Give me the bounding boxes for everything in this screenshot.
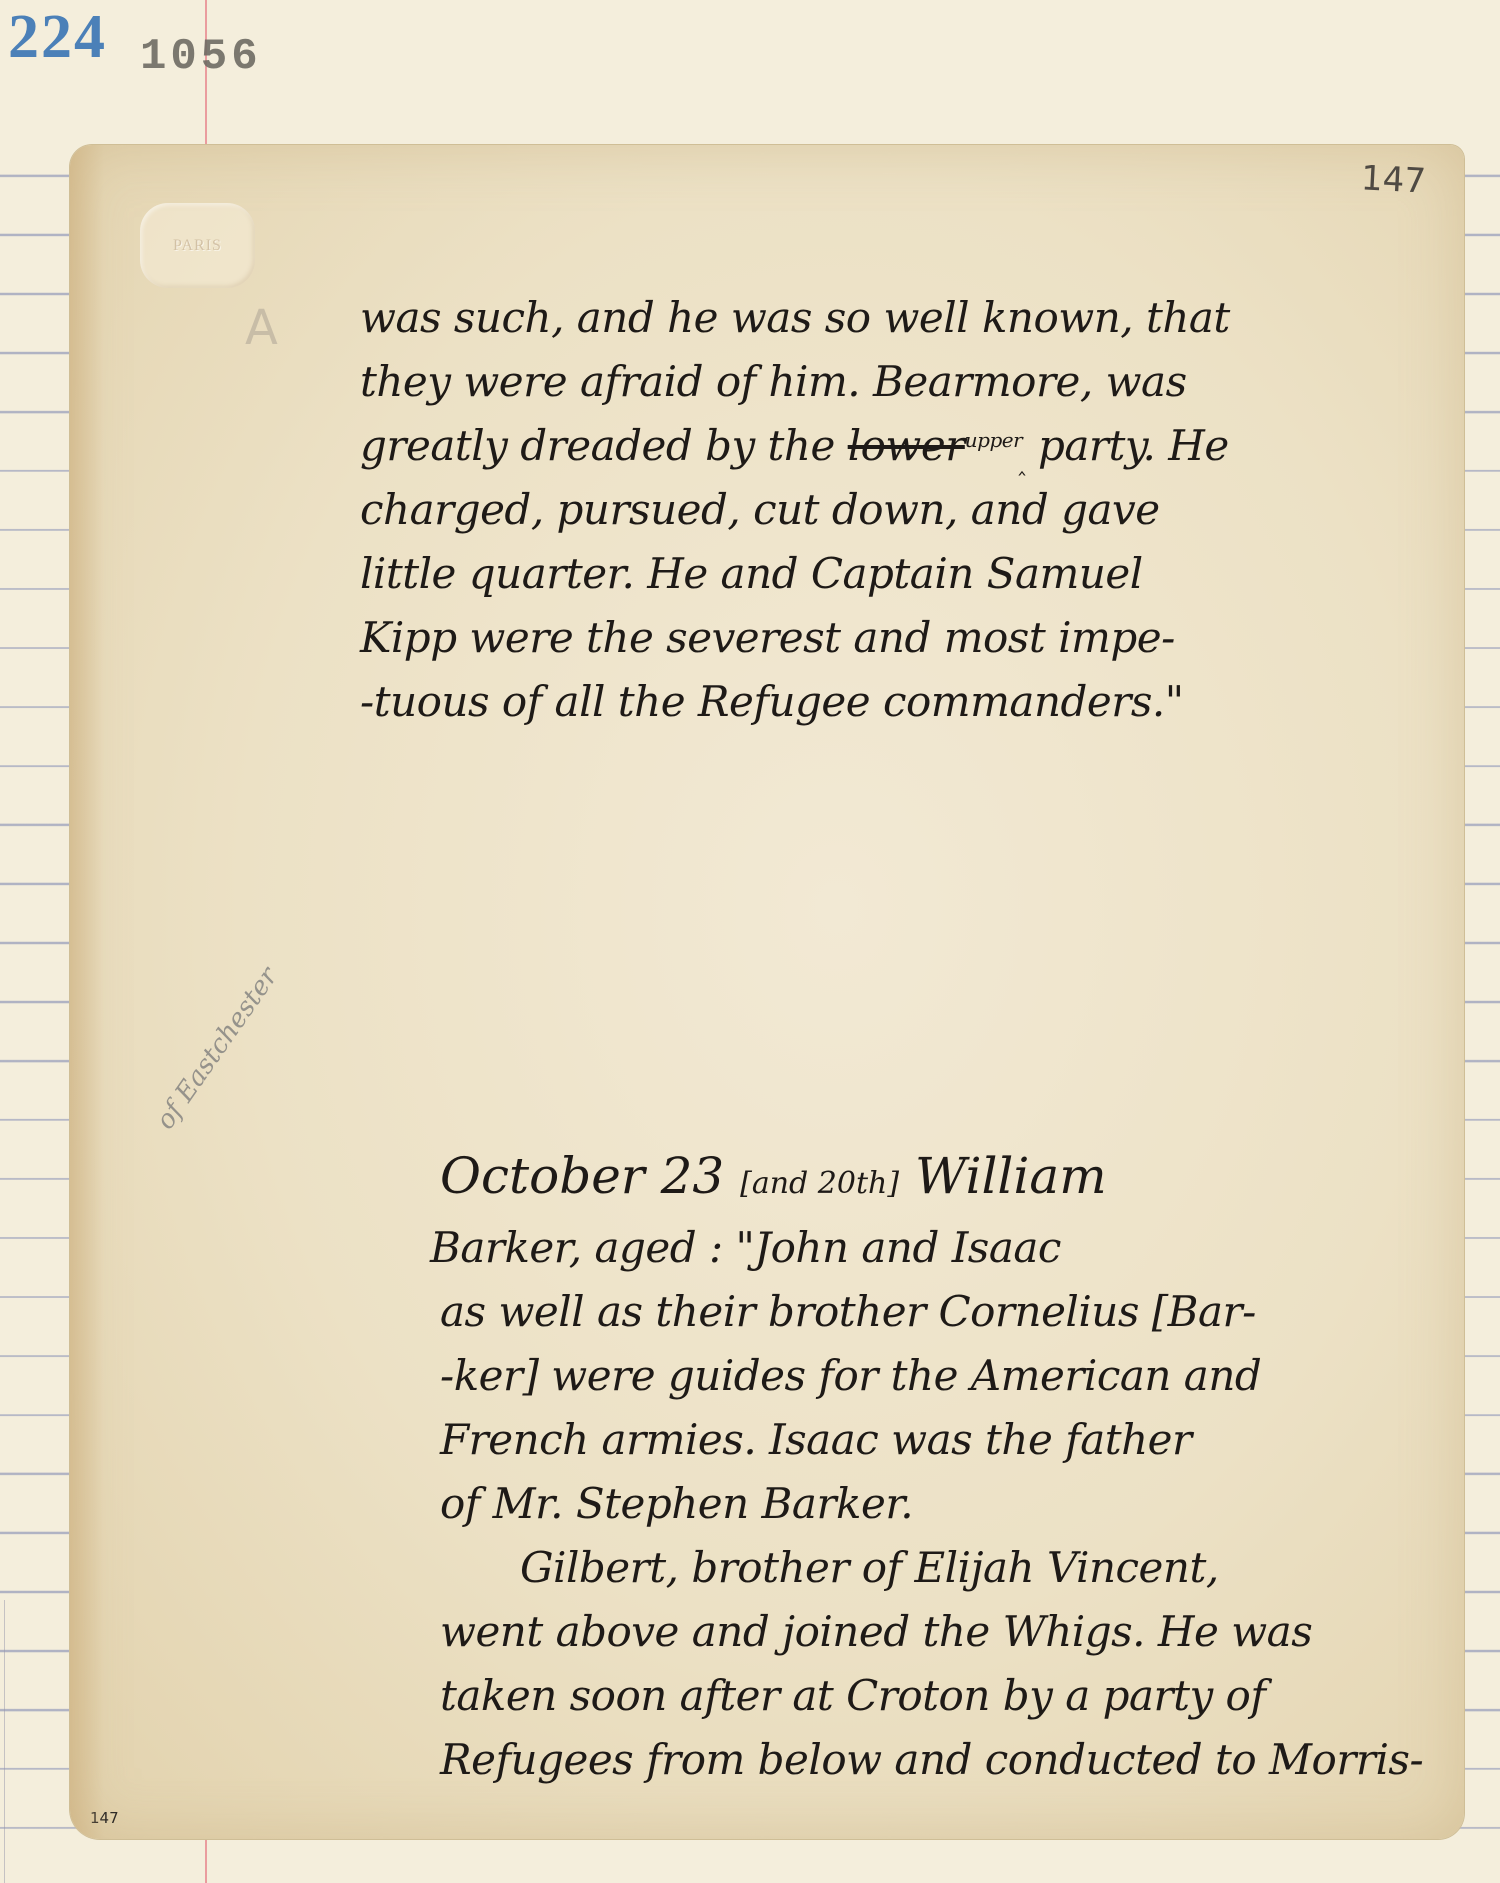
handwritten-line: -ker] were guides for the American and — [440, 1344, 1440, 1408]
handwritten-line: as well as their brother Cornelius [Bar- — [440, 1280, 1440, 1344]
archive-stamp-gray: 1056 — [140, 32, 262, 82]
handwritten-line: Refugees from below and conducted to Mor… — [440, 1728, 1440, 1792]
handwritten-line-with-correction: greatly dreaded by the lowerupper‸ party… — [360, 414, 1360, 478]
passage-1: was such, and he was so well known, that… — [360, 286, 1360, 734]
pencil-mark-a: A — [245, 300, 278, 356]
handwritten-line: they were afraid of him. Bearmore, was — [360, 350, 1360, 414]
handwritten-line: was such, and he was so well known, that — [360, 286, 1360, 350]
passage-2: Barker, aged : "John and Isaac as well a… — [440, 1216, 1440, 1792]
folio-number-bottom: 147 — [90, 1809, 119, 1827]
handwritten-line: Barker, aged : "John and Isaac — [430, 1216, 1440, 1280]
handwritten-line: taken soon after at Croton by a party of — [440, 1664, 1440, 1728]
date-bracket-note: [and 20th] — [740, 1166, 899, 1201]
emboss-label: PARIS — [173, 237, 222, 255]
paris-emboss-stamp: PARIS — [140, 203, 255, 288]
insertion-caret-icon: ‸ — [1018, 451, 1025, 476]
left-edge-rule — [4, 1600, 5, 1883]
handwritten-line: charged, pursued, cut down, and gave — [360, 478, 1360, 542]
archive-stamp-blue: 224 — [8, 2, 107, 73]
handwritten-line-paragraph-start: Gilbert, brother of Elijah Vincent, — [440, 1536, 1440, 1600]
passage-2-heading: October 23 [and 20th] William — [440, 1140, 1440, 1212]
line-end: party. He — [1025, 421, 1229, 470]
inserted-word: upper — [965, 428, 1022, 452]
handwritten-line: little quarter. He and Captain Samuel — [360, 542, 1360, 606]
entry-heading: October 23 [and 20th] William — [440, 1140, 1440, 1212]
entry-date: October 23 — [440, 1147, 724, 1205]
struck-word: lower — [848, 421, 965, 470]
handwritten-line: of Mr. Stephen Barker. — [440, 1472, 1440, 1536]
handwritten-line: went above and joined the Whigs. He was — [440, 1600, 1440, 1664]
handwritten-line: Kipp were the severest and most impe- — [360, 606, 1360, 670]
line-start: greatly dreaded by the — [360, 421, 848, 470]
handwritten-line: -tuous of all the Refugee commanders." — [360, 670, 1360, 734]
folio-number-top: 147 — [1360, 158, 1427, 201]
handwritten-line: French armies. Isaac was the father — [440, 1408, 1440, 1472]
entry-name: William — [915, 1147, 1107, 1205]
